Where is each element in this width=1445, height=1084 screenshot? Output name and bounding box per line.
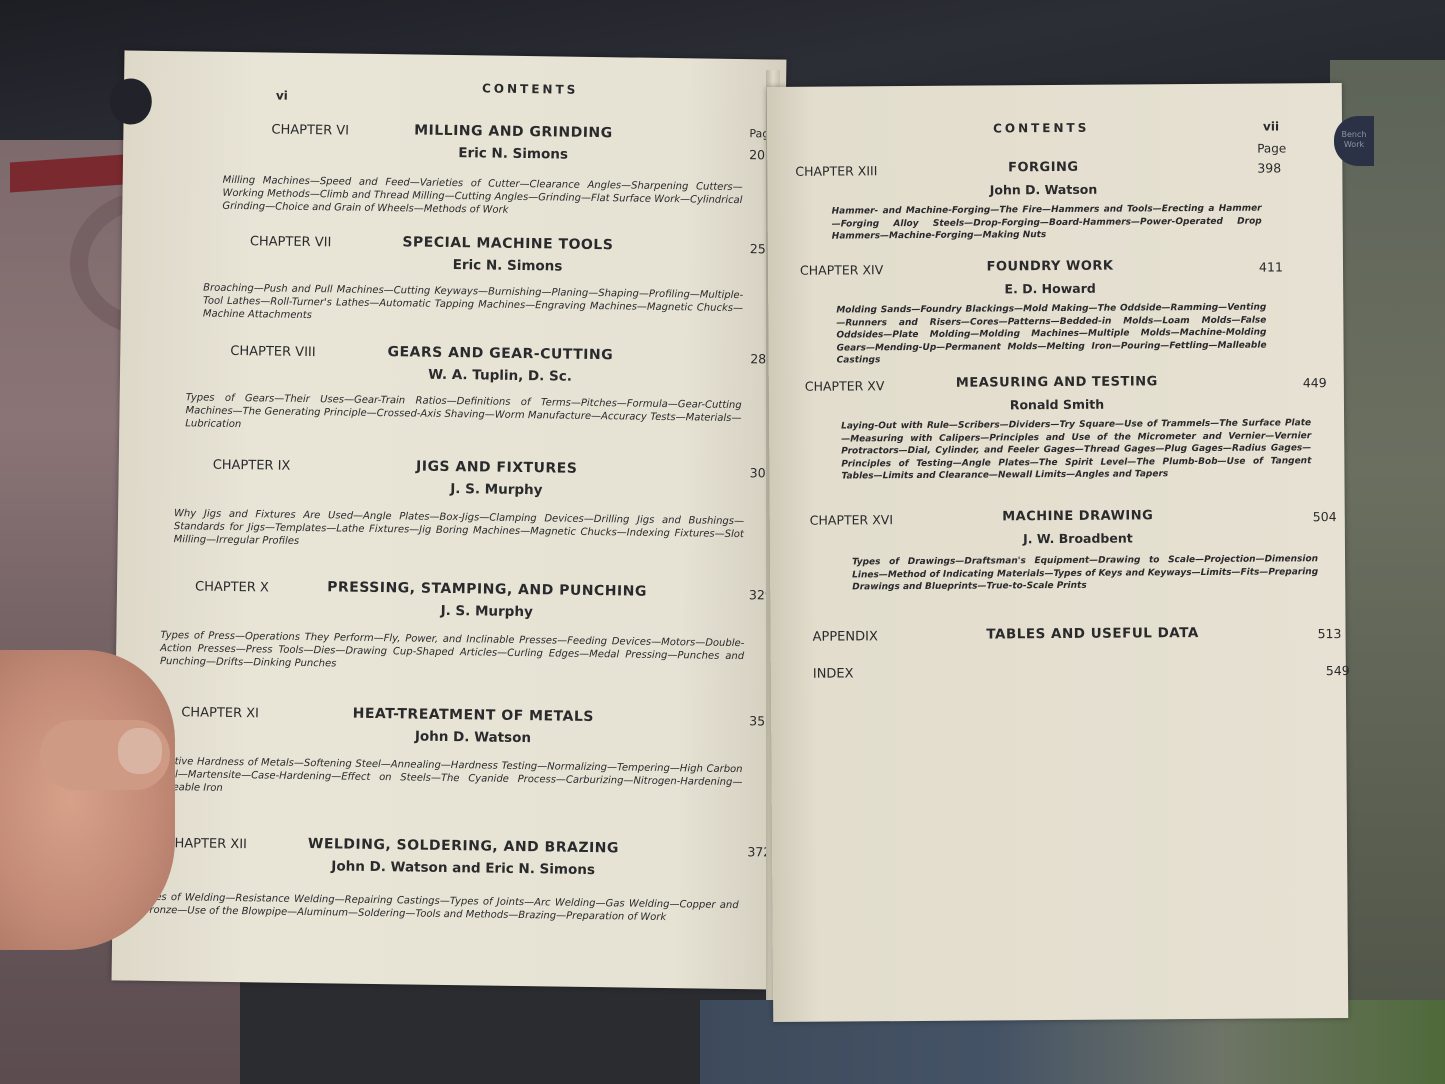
chapter-page-number: 411	[1259, 259, 1283, 274]
chapter-topics: Types of Drawings—Draftsman's Equipment—…	[852, 553, 1318, 594]
chapter-page-number: 504	[1313, 509, 1337, 524]
chapter-title: PRESSING, STAMPING, AND PUNCHING	[327, 579, 647, 599]
chapter-title: MACHINE DRAWING	[1002, 508, 1153, 524]
toc-entry[interactable]: CHAPTER XIIIFORGINGJohn D. Watson398Hamm…	[767, 160, 1342, 164]
chapter-number: CHAPTER XI	[181, 705, 259, 721]
chapter-author: J. W. Broadbent	[1023, 530, 1133, 546]
chapter-topics: Hammer- and Machine-Forging—The Fire—Ham…	[832, 203, 1262, 244]
chapter-author: W. A. Tuplin, D. Sc.	[428, 367, 572, 385]
toc-entry[interactable]: CHAPTER XVMEASURING AND TESTINGRonald Sm…	[769, 375, 1344, 379]
chapter-title: JIGS AND FIXTURES	[416, 459, 578, 477]
chapter-title: MEASURING AND TESTING	[956, 374, 1158, 390]
chapter-author: John D. Watson	[415, 729, 531, 747]
chapter-topics: Types of Gears—Their Uses—Gear-Train Rat…	[185, 391, 741, 438]
chapter-author: John D. Watson and Eric N. Simons	[331, 858, 595, 878]
chapter-topics: Why Jigs and Fixtures Are Used—Angle Pla…	[174, 507, 744, 554]
chapter-author: Eric N. Simons	[458, 145, 568, 163]
chapter-title: GEARS AND GEAR-CUTTING	[387, 344, 613, 363]
chapter-topics: Uses of Welding—Resistance Welding—Repai…	[142, 891, 738, 925]
chapter-number: CHAPTER X	[195, 579, 269, 595]
toc-entry[interactable]: CHAPTER IXJIGS AND FIXTURESJ. S. Murphy3…	[119, 456, 781, 465]
chapter-title: WELDING, SOLDERING, AND BRAZING	[308, 836, 619, 856]
chapter-title: FOUNDRY WORK	[987, 259, 1114, 275]
folio-vii: vii	[1263, 119, 1279, 133]
right-page: CONTENTS vii Page CHAPTER XIIIFORGINGJoh…	[767, 83, 1349, 1022]
thumbnail	[118, 728, 162, 774]
running-head: CONTENTS	[482, 81, 578, 96]
chapter-author: John D. Watson	[990, 182, 1098, 198]
chapter-topics: Milling Machines—Speed and Feed—Varietie…	[222, 174, 742, 220]
chapter-page-number: 398	[1257, 160, 1281, 175]
chapter-title: FORGING	[1008, 160, 1079, 175]
page-column-label: Page	[1257, 141, 1286, 155]
index-entry[interactable]: INDEX 549	[813, 663, 1333, 667]
toc-entry[interactable]: CHAPTER XVIMACHINE DRAWINGJ. W. Broadben…	[770, 509, 1345, 513]
chapter-page-number: 449	[1303, 375, 1327, 390]
appendix-label: APPENDIX	[813, 629, 878, 644]
chapter-title: MILLING AND GRINDING	[414, 122, 613, 141]
chapter-author: J. S. Murphy	[450, 481, 542, 498]
chapter-author: Eric N. Simons	[453, 257, 563, 275]
chapter-number: CHAPTER XII	[165, 836, 247, 852]
toc-entry[interactable]: CHAPTER VIISPECIAL MACHINE TOOLSEric N. …	[122, 232, 784, 241]
chapter-number: CHAPTER XVI	[810, 512, 893, 528]
chapter-title: SPECIAL MACHINE TOOLS	[402, 234, 613, 253]
chapter-title: HEAT-TREATMENT OF METALS	[353, 706, 594, 725]
toc-entry[interactable]: CHAPTER VIMILLING AND GRINDINGEric N. Si…	[124, 120, 786, 129]
tab-label: Bench Work	[1342, 130, 1367, 149]
appendix-entry[interactable]: APPENDIX TABLES AND USEFUL DATA 513	[813, 626, 1333, 630]
index-page: 549	[1326, 663, 1350, 678]
chapter-number: CHAPTER VIII	[230, 344, 316, 360]
left-page: vi CONTENTS Page CHAPTER VIMILLING AND G…	[112, 50, 787, 989]
chapter-author: Ronald Smith	[1010, 397, 1104, 413]
index-label: INDEX	[813, 666, 854, 681]
chapter-topics: Relative Hardness of Metals—Softening St…	[152, 755, 742, 802]
appendix-page: 513	[1318, 626, 1342, 641]
chapter-author: J. S. Murphy	[441, 603, 533, 620]
hand	[0, 650, 175, 950]
chapter-number: CHAPTER IX	[213, 458, 291, 474]
chapter-topics: Types of Press—Operations They Perform—F…	[160, 629, 744, 676]
appendix-title: TABLES AND USEFUL DATA	[986, 625, 1199, 642]
thumb-index-notch	[109, 78, 152, 125]
bench-work-thumb-tab[interactable]: Bench Work	[1334, 116, 1374, 166]
chapter-number: CHAPTER VII	[250, 234, 332, 250]
chapter-topics: Laying-Out with Rule—Scribers—Dividers—T…	[841, 417, 1311, 483]
toc-entry[interactable]: CHAPTER XPRESSING, STAMPING, AND PUNCHIN…	[117, 578, 779, 587]
toc-entry[interactable]: CHAPTER XIVFOUNDRY WORKE. D. Howard411Mo…	[768, 259, 1343, 263]
chapter-number: CHAPTER VI	[271, 122, 349, 138]
toc-entry[interactable]: CHAPTER XIHEAT-TREATMENT OF METALSJohn D…	[115, 704, 777, 713]
chapter-number: CHAPTER XIV	[800, 262, 883, 278]
chapter-topics: Molding Sands—Foundry Blackings—Mold Mak…	[836, 302, 1266, 368]
chapter-number: CHAPTER XIII	[795, 163, 877, 179]
toc-entry[interactable]: CHAPTER XIIWELDING, SOLDERING, AND BRAZI…	[114, 835, 776, 844]
chapter-topics: Broaching—Push and Pull Machines—Cutting…	[203, 282, 743, 329]
running-head: CONTENTS	[993, 121, 1089, 136]
chapter-author: E. D. Howard	[1004, 281, 1095, 297]
toc-entry[interactable]: CHAPTER VIIIGEARS AND GEAR-CUTTINGW. A. …	[120, 342, 782, 351]
folio-vi: vi	[276, 89, 288, 103]
chapter-number: CHAPTER XV	[805, 378, 885, 394]
